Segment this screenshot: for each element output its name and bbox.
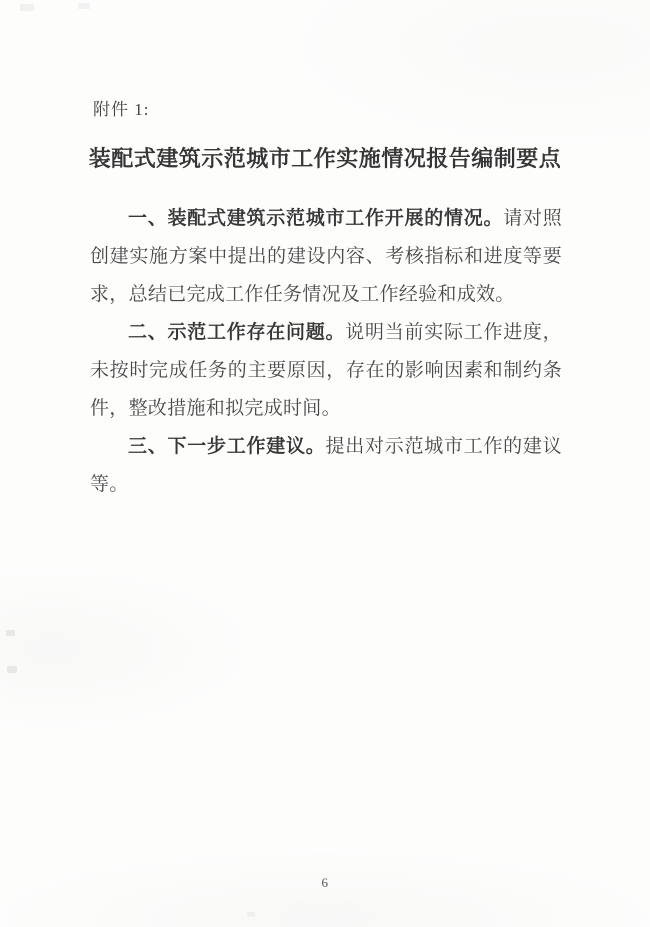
- document-body: 一、装配式建筑示范城市工作开展的情况。请对照创建实施方案中提出的建设内容、考核指…: [90, 200, 562, 504]
- scan-artifact: [247, 912, 255, 917]
- scan-artifact: [78, 3, 90, 9]
- scan-artifact: [20, 4, 34, 11]
- paragraph-1: 一、装配式建筑示范城市工作开展的情况。请对照创建实施方案中提出的建设内容、考核指…: [90, 200, 562, 314]
- paragraph-1-heading: 一、装配式建筑示范城市工作开展的情况。: [128, 208, 503, 229]
- page-number: 6: [0, 875, 650, 891]
- paragraph-2-heading: 二、示范工作存在问题。: [128, 322, 345, 343]
- scan-artifact: [6, 630, 15, 636]
- scan-artifact: [7, 666, 17, 673]
- paragraph-3-heading: 三、下一步工作建议。: [128, 436, 325, 457]
- paragraph-3: 三、下一步工作建议。提出对示范城市工作的建议等。: [90, 428, 562, 504]
- scanned-document-page: 附件 1: 装配式建筑示范城市工作实施情况报告编制要点 一、装配式建筑示范城市工…: [0, 0, 650, 927]
- document-title: 装配式建筑示范城市工作实施情况报告编制要点: [0, 142, 650, 173]
- attachment-label: 附件 1:: [93, 95, 149, 120]
- paragraph-2: 二、示范工作存在问题。说明当前实际工作进度，未按时完成任务的主要原因，存在的影响…: [90, 314, 562, 428]
